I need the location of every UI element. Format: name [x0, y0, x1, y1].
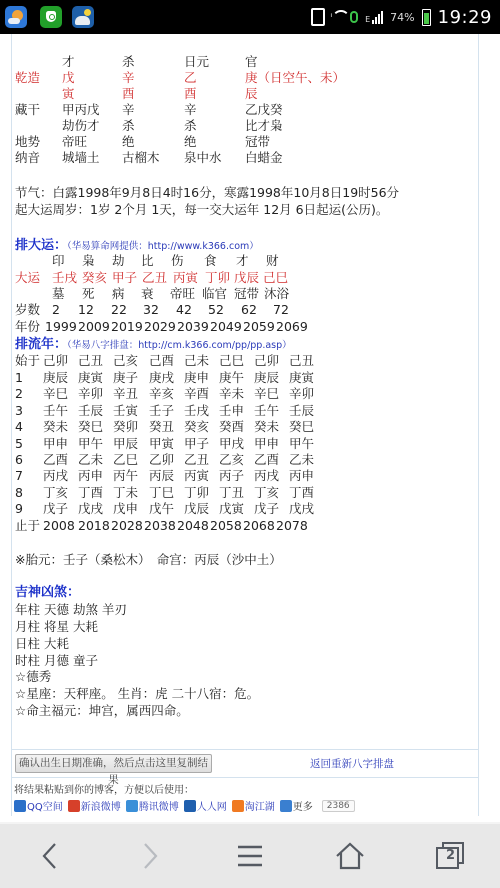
share-service-icon: [232, 800, 244, 812]
liunian-cell: 己卯: [43, 353, 68, 368]
liunian-cell: 壬戌: [184, 403, 209, 418]
dayun-pillar: 丙寅: [173, 270, 198, 285]
liunian-row-number: 3: [15, 403, 23, 418]
liunian-cell: 癸卯: [113, 419, 138, 434]
dayun-god: 食: [204, 253, 217, 268]
liunian-cell: 戊戌: [78, 501, 103, 516]
share-label: 淘江湖: [245, 798, 275, 813]
liunian-cell: 戊辰: [184, 501, 209, 516]
menu-button[interactable]: [230, 838, 270, 874]
canggan-hour: 乙戊癸: [245, 102, 283, 117]
liunian-cell: 辛巳: [43, 386, 68, 401]
liunian-cell: 戊申: [113, 501, 138, 516]
liunian-cell: 戊子: [43, 501, 68, 516]
dishi-hour: 冠带: [245, 134, 270, 149]
liunian-cell: 癸未: [43, 419, 68, 434]
liunian-end-year: 2008: [43, 518, 75, 533]
share-service-icon: [280, 800, 292, 812]
dishi-month: 绝: [122, 134, 135, 149]
canggan-god-hour: 比才枭: [245, 118, 283, 133]
liunian-cell: 庚寅: [78, 370, 103, 385]
security-app-icon: [40, 6, 62, 28]
share-service-icon: [68, 800, 80, 812]
liunian-cell: 乙卯: [149, 452, 174, 467]
dayun-source-link[interactable]: （华易算命网提供：http://www.k366.com）: [67, 241, 259, 252]
liunian-end-year: 2068: [243, 518, 275, 533]
web-page[interactable]: 才 杀 日元 官 乾造 戊 辛 乙 庚（日空午、未） 寅 酉 酉 辰 藏干 甲丙…: [0, 34, 500, 816]
dayun-age: 72: [273, 302, 289, 317]
share-link[interactable]: 淘江湖: [232, 798, 275, 813]
dayun-label: 大运: [15, 270, 40, 285]
liunian-source-link[interactable]: （华易八字排盘：http://cm.k366.com/pp/pp.asp）: [67, 340, 292, 351]
liunian-cell: 己亥: [113, 353, 138, 368]
share-row: 将结果粘贴到你的博客，方便以后使用： QQ空间新浪微博腾讯微博人人网淘江湖更多2…: [11, 778, 479, 816]
liunian-cell: 癸酉: [219, 419, 244, 434]
ten-god-month: 杀: [122, 54, 135, 69]
stem-year: 戊: [62, 70, 75, 85]
liunian-end-year: 2038: [144, 518, 176, 533]
dayun-age: 2: [52, 302, 60, 317]
liunian-end-year: 2028: [111, 518, 143, 533]
liunian-end-year: 2018: [78, 518, 110, 533]
share-items: QQ空间新浪微博腾讯微博人人网淘江湖更多2386: [14, 798, 355, 813]
dayun-year: 2029: [144, 319, 176, 334]
liunian-end-year: 2078: [276, 518, 308, 533]
liunian-cell: 己酉: [149, 353, 174, 368]
clock: 19:29: [438, 7, 492, 28]
liunian-cell: 乙丑: [184, 452, 209, 467]
liunian-cell: 乙酉: [43, 452, 68, 467]
battery-percent: 74%: [390, 11, 414, 24]
liunian-end-year: 2048: [177, 518, 209, 533]
branch-year: 寅: [62, 86, 75, 101]
dayun-stage: 病: [112, 286, 125, 301]
dayun-stage: 帝旺: [170, 286, 195, 301]
ten-god-day: 日元: [184, 54, 209, 69]
liunian-row-number: 9: [15, 501, 23, 516]
liunian-row-number: 4: [15, 419, 23, 434]
dishi-day: 绝: [184, 134, 197, 149]
share-label: 腾讯微博: [139, 798, 179, 813]
dayun-age: 32: [143, 302, 159, 317]
liunian-cell: 丁巳: [149, 485, 174, 500]
canggan-label: 藏干: [15, 102, 40, 117]
liunian-cell: 己丑: [289, 353, 314, 368]
liunian-cell: 庚午: [219, 370, 244, 385]
dayun-pillar: 丁卯: [205, 270, 230, 285]
dayun-age: 52: [208, 302, 224, 317]
liunian-cell: 甲子: [184, 436, 209, 451]
liunian-cell: 乙巳: [113, 452, 138, 467]
dayun-stage: 死: [82, 286, 95, 301]
liunian-cell: 乙酉: [254, 452, 279, 467]
liunian-cell: 庚寅: [289, 370, 314, 385]
liunian-cell: 丁亥: [43, 485, 68, 500]
liunian-cell: 丁亥: [254, 485, 279, 500]
chevron-left-icon: [40, 842, 60, 870]
dayun-god: 才: [236, 253, 249, 268]
dayun-year: 2059: [243, 319, 275, 334]
dayun-stage: 临官: [202, 286, 227, 301]
liunian-cell: 甲申: [43, 436, 68, 451]
shensha-line: ☆德秀: [15, 669, 51, 684]
liunian-cell: 庚子: [113, 370, 138, 385]
weather-app-icon: [5, 6, 27, 28]
share-link[interactable]: 人人网: [184, 798, 227, 813]
copy-result-button[interactable]: 确认出生日期准确，然后点击这里复制结果: [15, 754, 212, 773]
liunian-cell: 辛卯: [289, 386, 314, 401]
dayun-stage: 冠带: [234, 286, 259, 301]
action-row: 确认出生日期准确，然后点击这里复制结果 返回重新八字排盘: [11, 750, 479, 778]
shensha-line: 月柱 将星 大耗: [15, 619, 98, 634]
liunian-cell: 壬辰: [78, 403, 103, 418]
qianzao-label: 乾造: [15, 70, 40, 85]
stem-day: 乙: [184, 70, 197, 85]
year-label: 年份: [15, 319, 40, 334]
branch-hour: 辰: [245, 86, 258, 101]
liunian-cell: 壬寅: [113, 403, 138, 418]
stem-month: 辛: [122, 70, 135, 85]
liunian-cell: 甲寅: [149, 436, 174, 451]
nayin-month: 古榴木: [122, 150, 160, 165]
nayin-day: 泉中水: [184, 150, 222, 165]
liunian-cell: 辛酉: [184, 386, 209, 401]
start-label: 始于: [15, 353, 40, 368]
nayin-year: 城墙土: [62, 150, 100, 165]
dayun-god: 枭: [82, 253, 95, 268]
dayun-age: 12: [78, 302, 94, 317]
liunian-heading: 排流年：（华易八字排盘：http://cm.k366.com/pp/pp.asp…: [15, 336, 292, 353]
browser-toolbar: 2: [0, 822, 500, 888]
canggan-god-year: 劫伤才: [62, 118, 100, 133]
liunian-cell: 庚辰: [43, 370, 68, 385]
dayun-year: 2039: [177, 319, 209, 334]
liunian-cell: 戊午: [149, 501, 174, 516]
dayun-age: 62: [241, 302, 257, 317]
liunian-cell: 丁丑: [219, 485, 244, 500]
dayun-age: 22: [111, 302, 127, 317]
home-icon: [335, 842, 365, 870]
canggan-day: 辛: [184, 102, 197, 117]
liunian-cell: 戊寅: [219, 501, 244, 516]
share-service-icon: [184, 800, 196, 812]
canggan-month: 辛: [122, 102, 135, 117]
liunian-cell: 甲戌: [219, 436, 244, 451]
liunian-cell: 壬子: [149, 403, 174, 418]
liunian-cell: 丙午: [113, 468, 138, 483]
weather-cloud-app-icon: [72, 6, 94, 28]
liunian-row-number: 2: [15, 386, 23, 401]
liunian-cell: 壬申: [219, 403, 244, 418]
nayin-label: 纳音: [15, 150, 40, 165]
branch-day: 酉: [184, 86, 197, 101]
branch-month: 酉: [122, 86, 135, 101]
nayin-hour: 白蜡金: [245, 150, 283, 165]
battery-icon: [422, 9, 431, 26]
tab-count: 2: [446, 848, 455, 863]
liunian-cell: 辛丑: [113, 386, 138, 401]
dayun-age: 42: [176, 302, 192, 317]
liunian-end-year: 2058: [210, 518, 242, 533]
dayun-god: 比: [141, 253, 154, 268]
signal-icon: E: [365, 10, 383, 24]
dayun-year: 2049: [210, 319, 242, 334]
phone-vibrate-icon: [311, 8, 325, 26]
liunian-cell: 乙亥: [219, 452, 244, 467]
share-note: 将结果粘贴到你的博客，方便以后使用：: [14, 781, 194, 796]
dayun-year: 2009: [78, 319, 110, 334]
liunian-cell: 丙戌: [254, 468, 279, 483]
stem-hour: 庚（日空午、未）: [245, 70, 345, 85]
liunian-cell: 庚戌: [149, 370, 174, 385]
home-button[interactable]: [330, 838, 370, 874]
liunian-cell: 庚申: [184, 370, 209, 385]
liunian-cell: 甲午: [78, 436, 103, 451]
bazi-result-panel: 才 杀 日元 官 乾造 戊 辛 乙 庚（日空午、未） 寅 酉 酉 辰 藏干 甲丙…: [11, 34, 479, 750]
canggan-god-month: 杀: [122, 118, 135, 133]
liunian-cell: 己丑: [78, 353, 103, 368]
dayun-stage: 衰: [141, 286, 154, 301]
dayun-god: 印: [52, 253, 65, 268]
dayun-god: 劫: [112, 253, 125, 268]
share-label: 更多: [293, 798, 313, 813]
liunian-cell: 癸亥: [184, 419, 209, 434]
liunian-cell: 戊子: [254, 501, 279, 516]
liunian-cell: 壬辰: [289, 403, 314, 418]
dayun-year: 2069: [276, 319, 308, 334]
shensha-line: ☆星座：天秤座。 生肖：虎 二十八宿：危。: [15, 686, 259, 701]
share-link[interactable]: 腾讯微博: [126, 798, 179, 813]
liunian-row-number: 8: [15, 485, 23, 500]
canggan-god-day: 杀: [184, 118, 197, 133]
liunian-row-number: 1: [15, 370, 23, 385]
taiyuan-text: ※胎元：壬子（桑松木） 命宫：丙辰（沙中土）: [15, 552, 282, 567]
liunian-cell: 丙子: [219, 468, 244, 483]
status-bar: E 74% 19:29: [0, 0, 500, 34]
liunian-cell: 己未: [184, 353, 209, 368]
shensha-line: ☆命主福元：坤宫，属西四命。: [15, 703, 189, 718]
back-to-bazi-link[interactable]: 返回重新八字排盘: [310, 756, 394, 771]
share-label: 人人网: [197, 798, 227, 813]
liunian-cell: 丁酉: [289, 485, 314, 500]
liunian-cell: 丙戌: [43, 468, 68, 483]
menu-icon: [237, 845, 263, 867]
liunian-cell: 丙辰: [149, 468, 174, 483]
liunian-cell: 乙未: [289, 452, 314, 467]
shensha-title: 吉神凶煞：: [15, 585, 80, 600]
share-service-icon: [14, 800, 26, 812]
liunian-cell: 丁未: [113, 485, 138, 500]
liunian-cell: 癸巳: [289, 419, 314, 434]
dayun-god: 财: [266, 253, 279, 268]
dayun-pillar: 戊辰: [234, 270, 259, 285]
liunian-cell: 辛巳: [254, 386, 279, 401]
liunian-title: 排流年：: [15, 337, 67, 352]
dayun-god: 伤: [171, 253, 184, 268]
share-label: QQ空间: [27, 798, 63, 813]
liunian-row-number: 7: [15, 468, 23, 483]
liunian-row-number: 5: [15, 436, 23, 451]
liunian-cell: 甲申: [254, 436, 279, 451]
liunian-cell: 丁卯: [184, 485, 209, 500]
liunian-cell: 辛卯: [78, 386, 103, 401]
back-button[interactable]: [30, 838, 70, 874]
tabs-button[interactable]: 2: [430, 838, 470, 874]
liunian-cell: 丙申: [78, 468, 103, 483]
share-link[interactable]: 更多: [280, 798, 313, 813]
share-service-icon: [126, 800, 138, 812]
share-label: 新浪微博: [81, 798, 121, 813]
liunian-row-number: 6: [15, 452, 23, 467]
liunian-cell: 庚辰: [254, 370, 279, 385]
wifi-sync-icon: [332, 8, 358, 26]
dayun-year: 2019: [111, 319, 143, 334]
share-count-badge: 2386: [322, 800, 355, 812]
dayun-year: 1999: [45, 319, 77, 334]
dayun-title: 排大运：: [15, 238, 67, 253]
liunian-cell: 癸巳: [78, 419, 103, 434]
liunian-cell: 己巳: [219, 353, 244, 368]
liunian-cell: 己卯: [254, 353, 279, 368]
liunian-cell: 辛亥: [149, 386, 174, 401]
forward-button[interactable]: [130, 838, 170, 874]
end-label: 止于: [15, 518, 40, 533]
ten-god-year: 才: [62, 54, 75, 69]
shensha-line: 时柱 月德 童子: [15, 653, 98, 668]
dayun-pillar: 乙丑: [142, 270, 167, 285]
dishi-year: 帝旺: [62, 134, 87, 149]
ten-god-hour: 官: [245, 54, 258, 69]
dayun-pillar: 壬戌: [52, 270, 77, 285]
canggan-year: 甲丙戊: [62, 102, 100, 117]
jieqi-text: 节气：白露1998年9月8日4时16分，寒露1998年10月8日19时56分: [15, 185, 399, 200]
liunian-cell: 辛未: [219, 386, 244, 401]
dayun-stage: 沐浴: [264, 286, 289, 301]
dayun-pillar: 甲子: [112, 270, 137, 285]
dayun-heading: 排大运：（华易算命网提供：http://www.k366.com）: [15, 237, 259, 254]
shensha-line: 日柱 大耗: [15, 636, 69, 651]
liunian-cell: 戊戌: [289, 501, 314, 516]
shensha-line: 年柱 天德 劫煞 羊刃: [15, 602, 127, 617]
qiyun-text: 起大运周岁：1岁 2个月 1天，每一交大运年 12月 6日起运(公历)。: [15, 202, 388, 217]
signal-type: E: [365, 15, 370, 24]
share-link[interactable]: 新浪微博: [68, 798, 121, 813]
chevron-right-icon: [140, 842, 160, 870]
dayun-pillar: 己巳: [263, 270, 288, 285]
age-label: 岁数: [15, 302, 40, 317]
liunian-cell: 壬午: [254, 403, 279, 418]
dishi-label: 地势: [15, 134, 40, 149]
dayun-pillar: 癸亥: [82, 270, 107, 285]
dayun-stage: 墓: [52, 286, 65, 301]
share-link[interactable]: QQ空间: [14, 798, 63, 813]
liunian-cell: 甲午: [289, 436, 314, 451]
liunian-cell: 壬午: [43, 403, 68, 418]
liunian-cell: 癸未: [254, 419, 279, 434]
liunian-cell: 癸丑: [149, 419, 174, 434]
liunian-cell: 丙寅: [184, 468, 209, 483]
liunian-cell: 丁酉: [78, 485, 103, 500]
liunian-cell: 丙申: [289, 468, 314, 483]
liunian-cell: 乙未: [78, 452, 103, 467]
liunian-cell: 甲辰: [113, 436, 138, 451]
